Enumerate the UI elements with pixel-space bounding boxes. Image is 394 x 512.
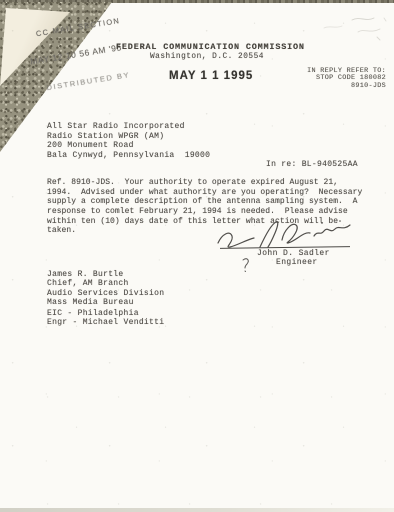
date-received-stamp: MAY 1 1 1995 <box>169 70 253 83</box>
agency-name: FEDERAL COMMUNICATION COMMISSION <box>116 42 305 52</box>
signer-title: Engineer <box>276 258 318 267</box>
file-reference: 8910-JDS <box>307 83 386 90</box>
mail-stamp-date-line: MAY 12 10 56 AM '95 <box>29 42 122 66</box>
scan-edge-bottom <box>0 508 394 512</box>
scanned-letter-page: CC MAIL SECTION MAY 12 10 56 AM '95 DIST… <box>0 0 394 512</box>
signer-name: John D. Sadler <box>257 249 330 258</box>
cc-name: James R. Burtle <box>47 270 164 279</box>
handwritten-mark <box>240 256 254 274</box>
recipient-name: All Star Radio Incorporated <box>47 122 210 132</box>
cc-block: James R. Burtle Chief, AM Branch Audio S… <box>47 270 164 307</box>
recipient-station: Radio Station WPGR (AM) <box>47 132 210 142</box>
mail-stamp-distributed-line: DISTRIBUTED BY <box>46 70 131 92</box>
reply-reference-block: IN REPLY REFER TO: STOP CODE 180082 8910… <box>307 68 386 90</box>
mail-stamp-section-line: CC MAIL SECTION <box>35 16 120 38</box>
recipient-street: 200 Monument Road <box>47 141 210 151</box>
routing-block: EIC - Philadelphia Engr - Michael Vendit… <box>47 309 164 328</box>
case-reference: In re: BL-940525AA <box>266 160 358 169</box>
cc-division: Audio Services Division <box>47 289 164 298</box>
routing-eic: EIC - Philadelphia <box>47 309 164 318</box>
cc-bureau: Mass Media Bureau <box>47 298 164 307</box>
recipient-address-block: All Star Radio Incorporated Radio Statio… <box>47 122 210 160</box>
pencil-scribble-icon <box>322 6 390 46</box>
recipient-city: Bala Cynwyd, Pennsylvania 19000 <box>47 151 210 161</box>
cc-title: Chief, AM Branch <box>47 279 164 288</box>
agency-address: Washington, D.C. 20554 <box>150 53 264 61</box>
routing-engineer: Engr - Michael Venditti <box>47 318 164 327</box>
